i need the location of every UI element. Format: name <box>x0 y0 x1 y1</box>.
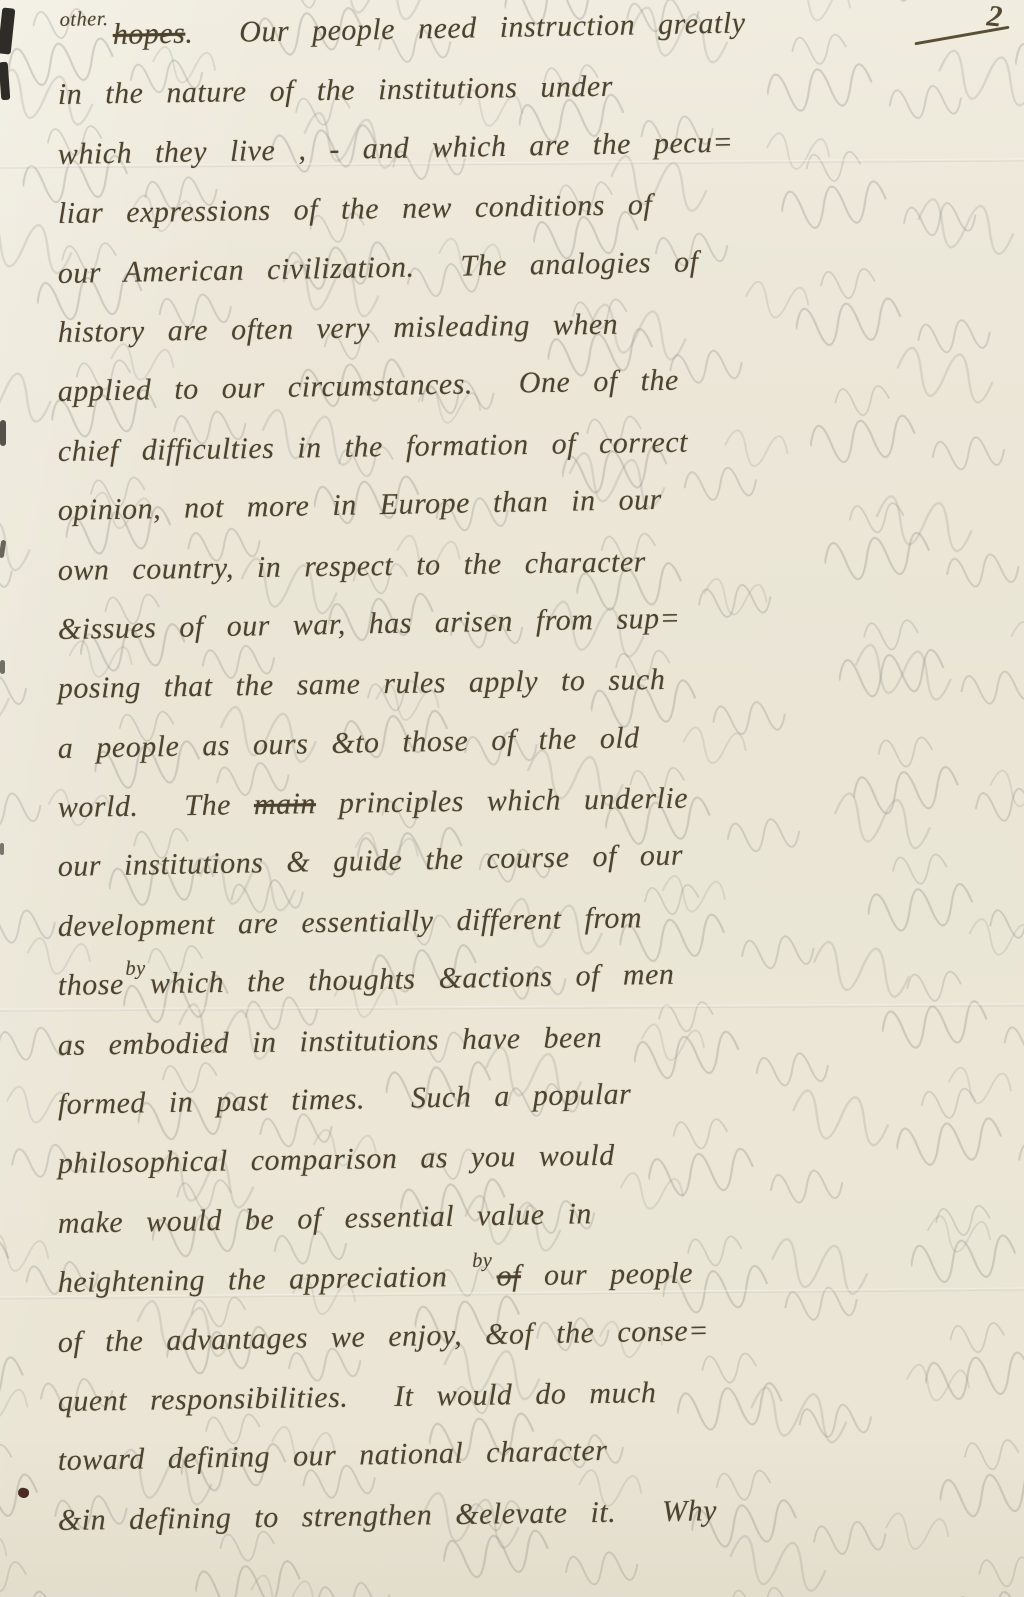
handwritten-text: chief difficulties in the formation of c… <box>58 425 689 467</box>
handwritten-text: toward defining our national character <box>58 1434 608 1477</box>
scan-edge-artifact <box>0 420 6 446</box>
scan-edge-artifact <box>0 843 4 855</box>
handwritten-text: of the advantages we enjoy, &of the cons… <box>58 1314 710 1359</box>
handwritten-text: development are essentially different fr… <box>58 901 643 943</box>
inserted-word-above-line: by <box>472 1251 493 1272</box>
handwritten-text: which they live , - and which are the pe… <box>58 125 734 170</box>
struck-out-word: of <box>496 1259 521 1292</box>
handwritten-text: those <box>58 968 124 1002</box>
handwritten-text: a people as ours &to those of the old <box>58 721 640 765</box>
scan-edge-artifact <box>0 660 5 674</box>
handwritten-text: &issues of our war, has arisen from sup= <box>58 602 681 646</box>
ink-blot <box>17 1487 30 1499</box>
handwritten-text: . Our people need instruction greatly <box>185 6 746 49</box>
handwritten-text: formed in past times. Such a popular <box>58 1078 632 1122</box>
manuscript-text-block: other.hopes. Our people need instruction… <box>58 6 990 1550</box>
handwritten-text: philosophical comparison as you would <box>58 1139 615 1180</box>
handwritten-text: posing that the same rules apply to such <box>58 663 666 705</box>
inserted-word-above-line: by <box>125 959 146 980</box>
handwritten-text: liar expressions of the new conditions o… <box>58 188 653 230</box>
handwritten-text: world. The <box>58 788 254 824</box>
handwritten-text: which the thoughts &actions of men <box>150 958 675 1001</box>
handwritten-text: as embodied in institutions have been <box>58 1021 603 1062</box>
handwritten-text: heightening the appreciation <box>58 1260 471 1299</box>
scan-edge-artifact <box>0 62 10 101</box>
handwritten-text: quent responsibilities. It would do much <box>58 1376 657 1418</box>
handwritten-text: in the nature of the institutions under <box>58 70 613 111</box>
handwritten-text: our people <box>521 1257 694 1293</box>
handwritten-text: own country, in respect to the character <box>58 545 646 587</box>
manuscript-line: &in defining to strengthen &elevate it. … <box>57 1477 990 1550</box>
handwritten-text: our institutions & guide the course of o… <box>58 839 684 883</box>
handwritten-text: history are often very misleading when <box>58 308 619 349</box>
handwritten-text: principles which underlie <box>316 782 689 821</box>
struck-out-word: hopes <box>112 17 185 51</box>
scan-edge-artifact <box>0 540 6 559</box>
handwritten-text: our American civilization. The analogies… <box>58 245 699 290</box>
handwritten-text: applied to our circumstances. One of the <box>58 364 679 408</box>
handwritten-text: &in defining to strengthen &elevate it. … <box>58 1494 718 1537</box>
struck-out-word: main <box>254 787 316 821</box>
scan-edge-artifact <box>0 7 15 54</box>
handwritten-text: make would be of essential value in <box>58 1197 593 1240</box>
inserted-word-above-line: other. <box>59 9 108 30</box>
handwritten-text: opinion, not more in Europe than in our <box>58 483 662 527</box>
